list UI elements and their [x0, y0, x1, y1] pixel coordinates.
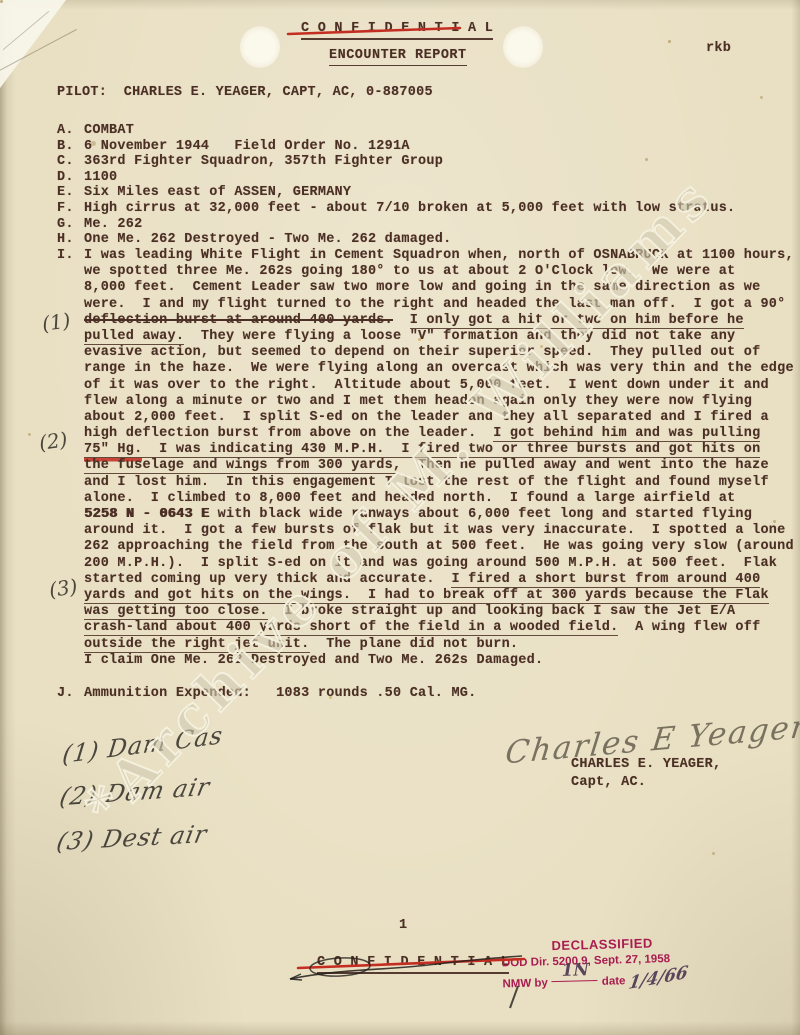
narrative-line: 200 M.P.H.). I split S-ed on it and was …	[84, 556, 794, 572]
narrative-segment: I broke straight up and looking back I s…	[268, 604, 736, 619]
handwritten-margin-mark: (3)	[48, 576, 79, 600]
narrative-line: and I lost him. In this engagement I los…	[84, 475, 794, 491]
narrative-line: the fuselage and wings from 300 yards, T…	[84, 458, 794, 474]
narrative-line: I was leading White Flight in Cement Squ…	[84, 248, 794, 264]
narrative-segment: 75" Hg.	[84, 442, 142, 458]
item-text: 6 November 1944 Field Order No. 1291A	[84, 139, 410, 155]
narrative-segment: was getting too close.	[84, 604, 268, 620]
narrative-segment: 8,000 feet. Cement Leader saw two more l…	[84, 280, 760, 295]
corner-initials: rkb	[706, 41, 731, 57]
handwritten-claim-note: (2) Dam air	[58, 775, 213, 810]
item-text: Six Miles east of ASSEN, GERMANY	[84, 185, 351, 201]
item-text: COMBAT	[84, 123, 134, 139]
narrative-line: outside the right jet unit. The plane di…	[84, 637, 794, 653]
narrative-line: 75" Hg. I was indicating 430 M.P.H. I fi…	[84, 442, 794, 458]
narrative-line: 5258 N - 0643 E with black wide runways …	[84, 507, 794, 523]
handwritten-margin-mark: (1)	[41, 310, 72, 334]
stamp-date-label: date	[602, 975, 626, 988]
stamp-by-label: NMW by	[502, 977, 548, 990]
item-label: D.	[57, 170, 74, 186]
item-text: 1100	[84, 170, 117, 186]
narrative-segment: outside the right jet unit.	[84, 637, 310, 653]
narrative-line: evasive action, but seemed to depend on …	[84, 345, 794, 361]
narrative-segment: I was indicating 430 M.P.H. I fired two …	[142, 442, 760, 458]
item-label: B.	[57, 139, 74, 155]
narrative-segment: of it was over to the right. Altitude ab…	[84, 378, 769, 393]
narrative-segment: about 2,000 feet. I split S-ed on the le…	[84, 410, 769, 425]
handwritten-claim-note: (1) Dam Cas	[61, 723, 224, 767]
item-text: 363rd Fighter Squadron, 357th Fighter Gr…	[84, 154, 443, 170]
pilot-line: PILOT: CHARLES E. YEAGER, CAPT, AC, 0-88…	[57, 85, 433, 101]
item-label: F.	[57, 201, 74, 217]
item-text: One Me. 262 Destroyed - Two Me. 262 dama…	[84, 232, 451, 248]
narrative-segment	[393, 313, 410, 328]
stamp-date-value: 1/4/66	[627, 962, 689, 994]
narrative-line: high deflection burst from above on the …	[84, 426, 794, 442]
narrative-line: deflection burst at around 400 yards. I …	[84, 313, 794, 329]
narrative-segment: I was leading White Flight in Cement Squ…	[84, 248, 794, 263]
signature-typed-rank: Capt, AC.	[571, 775, 646, 791]
signature-typed-name: CHARLES E. YEAGER,	[571, 757, 721, 773]
classification-footer: C O N F I D E N T I A L	[317, 955, 509, 974]
item-label: H.	[57, 232, 74, 248]
narrative-segment: with black wide runways about 6,000 feet…	[209, 507, 752, 522]
narrative-line: we spotted three Me. 262s going 180° to …	[84, 264, 794, 280]
ammo-label: J.	[57, 686, 74, 702]
narrative-line: 262 approaching the field from the south…	[84, 539, 794, 555]
classification-header: C O N F I D E N T I A L	[301, 21, 493, 40]
narrative-line: of it was over to the right. Altitude ab…	[84, 378, 794, 394]
narrative-segment: we spotted three Me. 262s going 180° to …	[84, 264, 735, 279]
narrative-segment: deflection burst at around 400 yards.	[84, 313, 393, 328]
ammo-line: Ammunition Expended: 1083 rounds .50 Cal…	[84, 686, 477, 702]
paper-specks	[0, 0, 3, 3]
punch-hole	[240, 26, 280, 68]
narrative-line: alone. I climbed to 8,000 feet and heade…	[84, 491, 794, 507]
narrative-segment: 5258 N - 0643 E	[84, 507, 209, 522]
narrative-segment: The plane did not burn.	[310, 637, 519, 652]
narrative-segment: alone. I climbed to 8,000 feet and heade…	[84, 491, 735, 506]
narrative-segment: were. I and my flight turned to the righ…	[84, 297, 786, 312]
declassified-stamp: DECLASSIFIED DOD Dir. 5200.9, Sept. 27, …	[501, 935, 688, 993]
narrative-segment: I fired a short burst from around 400	[451, 572, 760, 588]
narrative-line: was getting too close. I broke straight …	[84, 604, 794, 620]
item-label: E.	[57, 185, 74, 201]
handwritten-margin-mark: (2)	[38, 429, 69, 453]
narrative-segment: I got behind him and was pulling	[493, 426, 760, 442]
narrative-segment: started coming up very thick and accurat…	[84, 572, 451, 587]
narrative-segment: 200 M.P.H.). I split S-ed on it and was …	[84, 556, 777, 571]
narrative-segment: crash-land about 400 yards short of the …	[84, 620, 618, 636]
narrative-line: flew along a minute or two and I met the…	[84, 394, 794, 410]
stamp-by-date-row: NMW by1Ndate1/4/66	[502, 968, 688, 993]
item-text: High cirrus at 32,000 feet - about 7/10 …	[84, 201, 735, 217]
page-number: 1	[399, 918, 407, 934]
narrative-segment: A wing flew off	[618, 620, 760, 635]
narrative-segment: evasive action, but seemed to depend on …	[84, 345, 760, 360]
narrative-segment: 262 approaching the field from the south…	[84, 539, 794, 554]
narrative-segment: and I lost him. In this engagement I los…	[84, 475, 769, 490]
narrative-segment: yards and got hits on the wings. I had t…	[84, 588, 769, 604]
item-text: Me. 262	[84, 217, 142, 233]
narrative-segment: They were flying a loose "V" formation a…	[184, 329, 735, 344]
handwritten-claim-note: (3) Dest air	[55, 822, 210, 854]
stamp-by-blank: 1N	[552, 970, 598, 982]
narrative-line: I claim One Me. 262 Destroyed and Two Me…	[84, 653, 794, 669]
item-label: C.	[57, 154, 74, 170]
narrative-line: crash-land about 400 yards short of the …	[84, 620, 794, 636]
stamp-by-signature: 1N	[561, 960, 589, 981]
document-scan: { "document": { "classification_top": "C…	[0, 0, 800, 1035]
narrative-line: around it. I got a few bursts of flak bu…	[84, 523, 794, 539]
narrative-segment: around it. I got a few bursts of flak bu…	[84, 523, 786, 538]
narrative-segment: range in the haze. We were flying along …	[84, 361, 794, 376]
page-title: ENCOUNTER REPORT	[329, 48, 467, 66]
narrative-segment: I claim One Me. 262 Destroyed and Two Me…	[84, 653, 543, 668]
narrative-line: yards and got hits on the wings. I had t…	[84, 588, 794, 604]
narrative-segment: Then he pulled away and went into the ha…	[401, 458, 768, 473]
punch-hole	[503, 26, 543, 68]
narrative-line: 8,000 feet. Cement Leader saw two more l…	[84, 280, 794, 296]
narrative-segment: flew along a minute or two and I met the…	[84, 394, 752, 409]
item-label: A.	[57, 123, 74, 139]
narrative-line: were. I and my flight turned to the righ…	[84, 297, 794, 313]
item-label: G.	[57, 217, 74, 233]
narrative-segment: I only got a hit or two on him before he	[410, 313, 744, 329]
narrative-line: about 2,000 feet. I split S-ed on the le…	[84, 410, 794, 426]
narrative-line: range in the haze. We were flying along …	[84, 361, 794, 377]
narrative-body: I was leading White Flight in Cement Squ…	[84, 248, 794, 669]
narrative-segment: pulled away.	[84, 329, 184, 345]
stamp-declassified: DECLASSIFIED	[551, 935, 687, 954]
narrative-segment: the fuselage and wings from 300 yards,	[84, 458, 401, 474]
narrative-line: started coming up very thick and accurat…	[84, 572, 794, 588]
narrative-line: pulled away. They were flying a loose "V…	[84, 329, 794, 345]
narrative-label: I.	[57, 248, 74, 264]
narrative-segment: high deflection burst from above on the …	[84, 426, 493, 441]
